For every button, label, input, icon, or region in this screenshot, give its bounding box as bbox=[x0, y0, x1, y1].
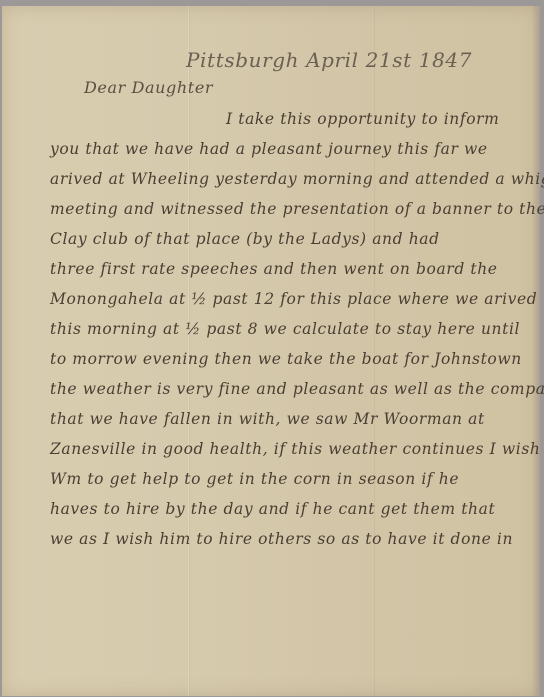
body-line: haves to hire by the day and if he cant … bbox=[50, 494, 544, 524]
body-line: meeting and witnessed the presentation o… bbox=[50, 194, 544, 224]
body-line: that we have fallen in with, we saw Mr W… bbox=[50, 404, 544, 434]
body-line: we as I wish him to hire others so as to… bbox=[50, 524, 544, 554]
letter-page: Pittsburgh April 21st 1847 Dear Daughter… bbox=[2, 6, 540, 696]
body-line: Wm to get help to get in the corn in sea… bbox=[50, 464, 544, 494]
letter-body: I take this opportunity to inform you th… bbox=[50, 104, 544, 554]
body-line: this morning at ½ past 8 we calculate to… bbox=[50, 314, 544, 344]
body-line: Zanesville in good health, if this weath… bbox=[50, 434, 544, 464]
body-line: I take this opportunity to inform bbox=[50, 104, 544, 134]
body-line: the weather is very fine and pleasant as… bbox=[50, 374, 544, 404]
body-line: you that we have had a pleasant journey … bbox=[50, 134, 544, 164]
body-line: Monongahela at ½ past 12 for this place … bbox=[50, 284, 544, 314]
letter-heading-place-date: Pittsburgh April 21st 1847 bbox=[186, 48, 472, 72]
body-line: Clay club of that place (by the Ladys) a… bbox=[50, 224, 544, 254]
body-line: to morrow evening then we take the boat … bbox=[50, 344, 544, 374]
body-line: three first rate speeches and then went … bbox=[50, 254, 544, 284]
body-line: arived at Wheeling yesterday morning and… bbox=[50, 164, 544, 194]
letter-salutation: Dear Daughter bbox=[84, 78, 213, 97]
